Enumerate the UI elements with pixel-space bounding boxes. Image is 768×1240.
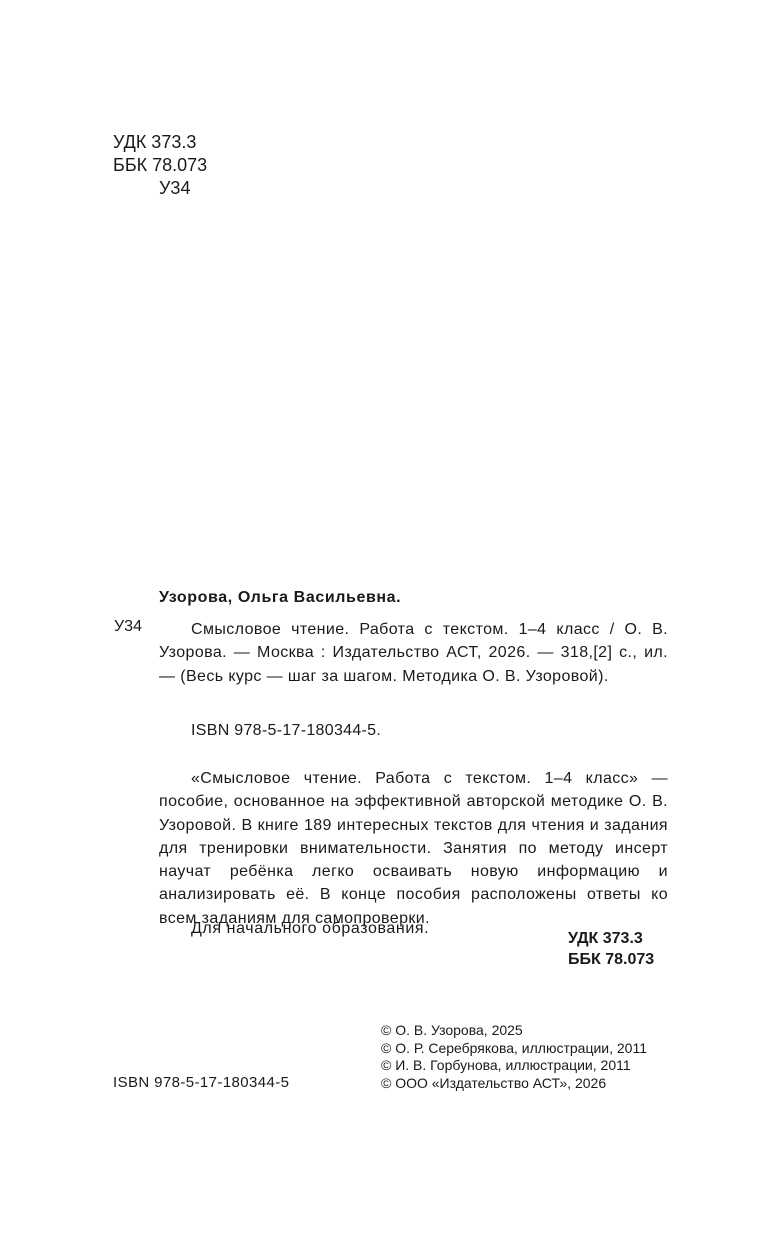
bibliographic-description: Смысловое чтение. Работа с текстом. 1–4 … [159, 618, 668, 688]
classification-header: УДК 373.3 ББК 78.073 У34 [113, 131, 207, 200]
udk-code: УДК 373.3 [113, 131, 207, 154]
author-mark-record: У34 [114, 618, 142, 636]
author-heading: Узорова, Ольга Васильевна. [159, 589, 401, 607]
copyright-list: © О. В. Узорова, 2025 © О. Р. Серебряков… [381, 1022, 647, 1092]
isbn-footer: ISBN 978-5-17-180344-5 [113, 1074, 289, 1091]
annotation: «Смысловое чтение. Работа с текстом. 1–4… [159, 767, 668, 930]
audience-note: Для начального образования. [191, 920, 429, 938]
isbn-record: ISBN 978-5-17-180344-5. [191, 722, 381, 740]
classification-footer: УДК 373.3 ББК 78.073 [568, 928, 654, 970]
copyright-line: © И. В. Горбунова, иллюстрации, 2011 [381, 1057, 647, 1075]
author-mark: У34 [113, 177, 207, 200]
bbk-code: ББК 78.073 [113, 154, 207, 177]
bbk-code-footer: ББК 78.073 [568, 949, 654, 970]
copyright-line: © О. Р. Серебрякова, иллюстрации, 2011 [381, 1040, 647, 1058]
copyright-line: © ООО «Издательство АСТ», 2026 [381, 1075, 647, 1093]
copyright-line: © О. В. Узорова, 2025 [381, 1022, 647, 1040]
udk-code-footer: УДК 373.3 [568, 928, 654, 949]
